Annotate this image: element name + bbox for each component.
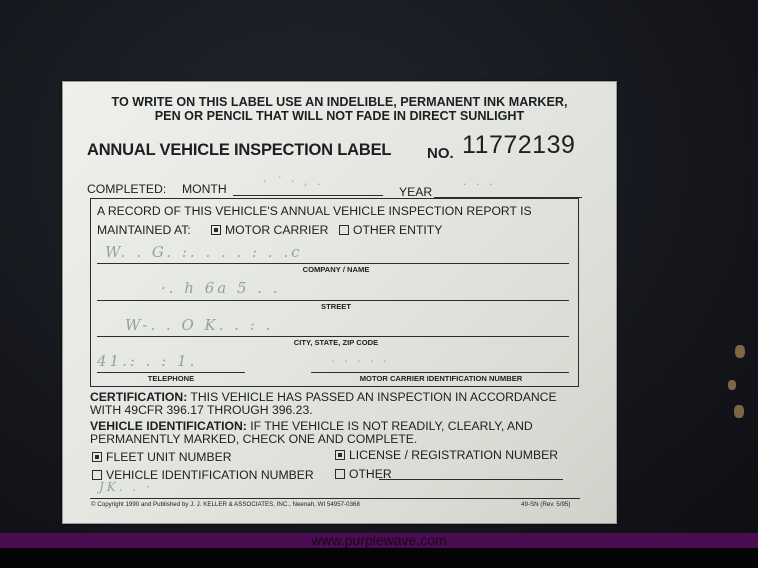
watermark-banner: www.purplewave.com — [0, 533, 758, 548]
vehicle-id-line-2: PERMANENTLY MARKED, CHECK ONE AND COMPLE… — [90, 432, 417, 446]
vehicle-id-text: IF THE VEHICLE IS NOT READILY, CLEARLY, … — [247, 419, 533, 433]
debris-spot — [734, 405, 744, 418]
record-line-1: A RECORD OF THIS VEHICLE'S ANNUAL VEHICL… — [97, 204, 532, 218]
option-label: MOTOR CARRIER — [225, 223, 328, 237]
year-value: · · · — [463, 178, 495, 191]
checkbox-fleet-unit-number[interactable] — [92, 452, 102, 462]
telephone-caption: TELEPHONE — [121, 374, 221, 383]
debris-spot — [735, 345, 745, 358]
option-fleet-unit-number[interactable]: FLEET UNIT NUMBER — [92, 450, 232, 464]
option-label: OTHER ENTITY — [353, 223, 442, 237]
watermark-text: www.purplewave.com — [0, 533, 758, 548]
inspection-label: TO WRITE ON THIS LABEL USE AN INDELIBLE,… — [62, 81, 617, 524]
number-prefix: NO. — [427, 145, 454, 162]
option-label: LICENSE / REGISTRATION NUMBER — [349, 448, 558, 462]
motor-carrier-id-caption: MOTOR CARRIER IDENTIFICATION NUMBER — [321, 374, 561, 383]
option-motor-carrier[interactable]: MOTOR CARRIER — [211, 223, 328, 237]
warning-line-2: PEN OR PENCIL THAT WILL NOT FADE IN DIRE… — [63, 109, 616, 123]
maintained-at-label: MAINTAINED AT: — [97, 223, 191, 237]
vehicle-id-value: JK. . · — [99, 480, 153, 494]
checkbox-motor-carrier[interactable] — [211, 225, 221, 235]
record-box: A RECORD OF THIS VEHICLE'S ANNUAL VEHICL… — [90, 198, 579, 387]
label-title: ANNUAL VEHICLE INSPECTION LABEL — [87, 141, 391, 160]
motor-carrier-id-field[interactable] — [311, 372, 569, 373]
copyright-footer: © Copyright 1990 and Published by J. J. … — [91, 501, 360, 508]
telephone-field[interactable] — [97, 372, 245, 373]
label-number: 11772139 — [462, 131, 575, 160]
checkbox-license-registration[interactable] — [335, 450, 345, 460]
telephone-value: 41.: . : 1. — [97, 352, 197, 370]
certification-line-1: CERTIFICATION: THIS VEHICLE HAS PASSED A… — [90, 390, 557, 404]
city-state-zip-field[interactable] — [97, 336, 569, 337]
month-field[interactable] — [233, 195, 383, 196]
vehicle-id-heading: VEHICLE IDENTIFICATION: — [90, 419, 247, 433]
company-name-value: W. . G. :. . . . : . .c — [105, 243, 303, 261]
month-label: MONTH — [182, 182, 227, 196]
form-revision: 49-SN (Rev. 5/95) — [521, 501, 570, 508]
debris-spot — [728, 380, 736, 390]
certification-line-2: WITH 49CFR 396.17 THROUGH 396.23. — [90, 403, 313, 417]
warning-line-1: TO WRITE ON THIS LABEL USE AN INDELIBLE,… — [63, 95, 616, 109]
checkbox-other[interactable] — [335, 469, 345, 479]
other-field[interactable] — [379, 479, 563, 480]
street-field[interactable] — [97, 300, 569, 301]
bottom-strip — [0, 548, 758, 568]
company-name-field[interactable] — [97, 263, 569, 264]
motor-carrier-id-value: . . . . . — [331, 352, 389, 365]
city-state-zip-caption: CITY, STATE, ZIP CODE — [251, 338, 421, 347]
company-name-caption: COMPANY / NAME — [271, 265, 401, 274]
city-state-zip-value: W-. . O K. . : . — [125, 316, 273, 334]
completed-label: COMPLETED: — [87, 182, 166, 196]
street-caption: STREET — [271, 302, 401, 311]
option-other-entity[interactable]: OTHER ENTITY — [339, 223, 442, 237]
certification-text: THIS VEHICLE HAS PASSED AN INSPECTION IN… — [187, 390, 556, 404]
checkbox-other-entity[interactable] — [339, 225, 349, 235]
option-license-registration[interactable]: LICENSE / REGISTRATION NUMBER — [335, 448, 558, 462]
certification-heading: CERTIFICATION: — [90, 390, 187, 404]
checkbox-vin[interactable] — [92, 470, 102, 480]
vehicle-id-field[interactable] — [90, 498, 580, 499]
year-label: YEAR — [399, 185, 432, 199]
option-label: FLEET UNIT NUMBER — [106, 450, 232, 464]
street-value: ·. h 6a 5 . . — [161, 279, 281, 297]
vehicle-id-line-1: VEHICLE IDENTIFICATION: IF THE VEHICLE I… — [90, 419, 533, 433]
month-value: · ˙ · , . — [263, 175, 323, 188]
